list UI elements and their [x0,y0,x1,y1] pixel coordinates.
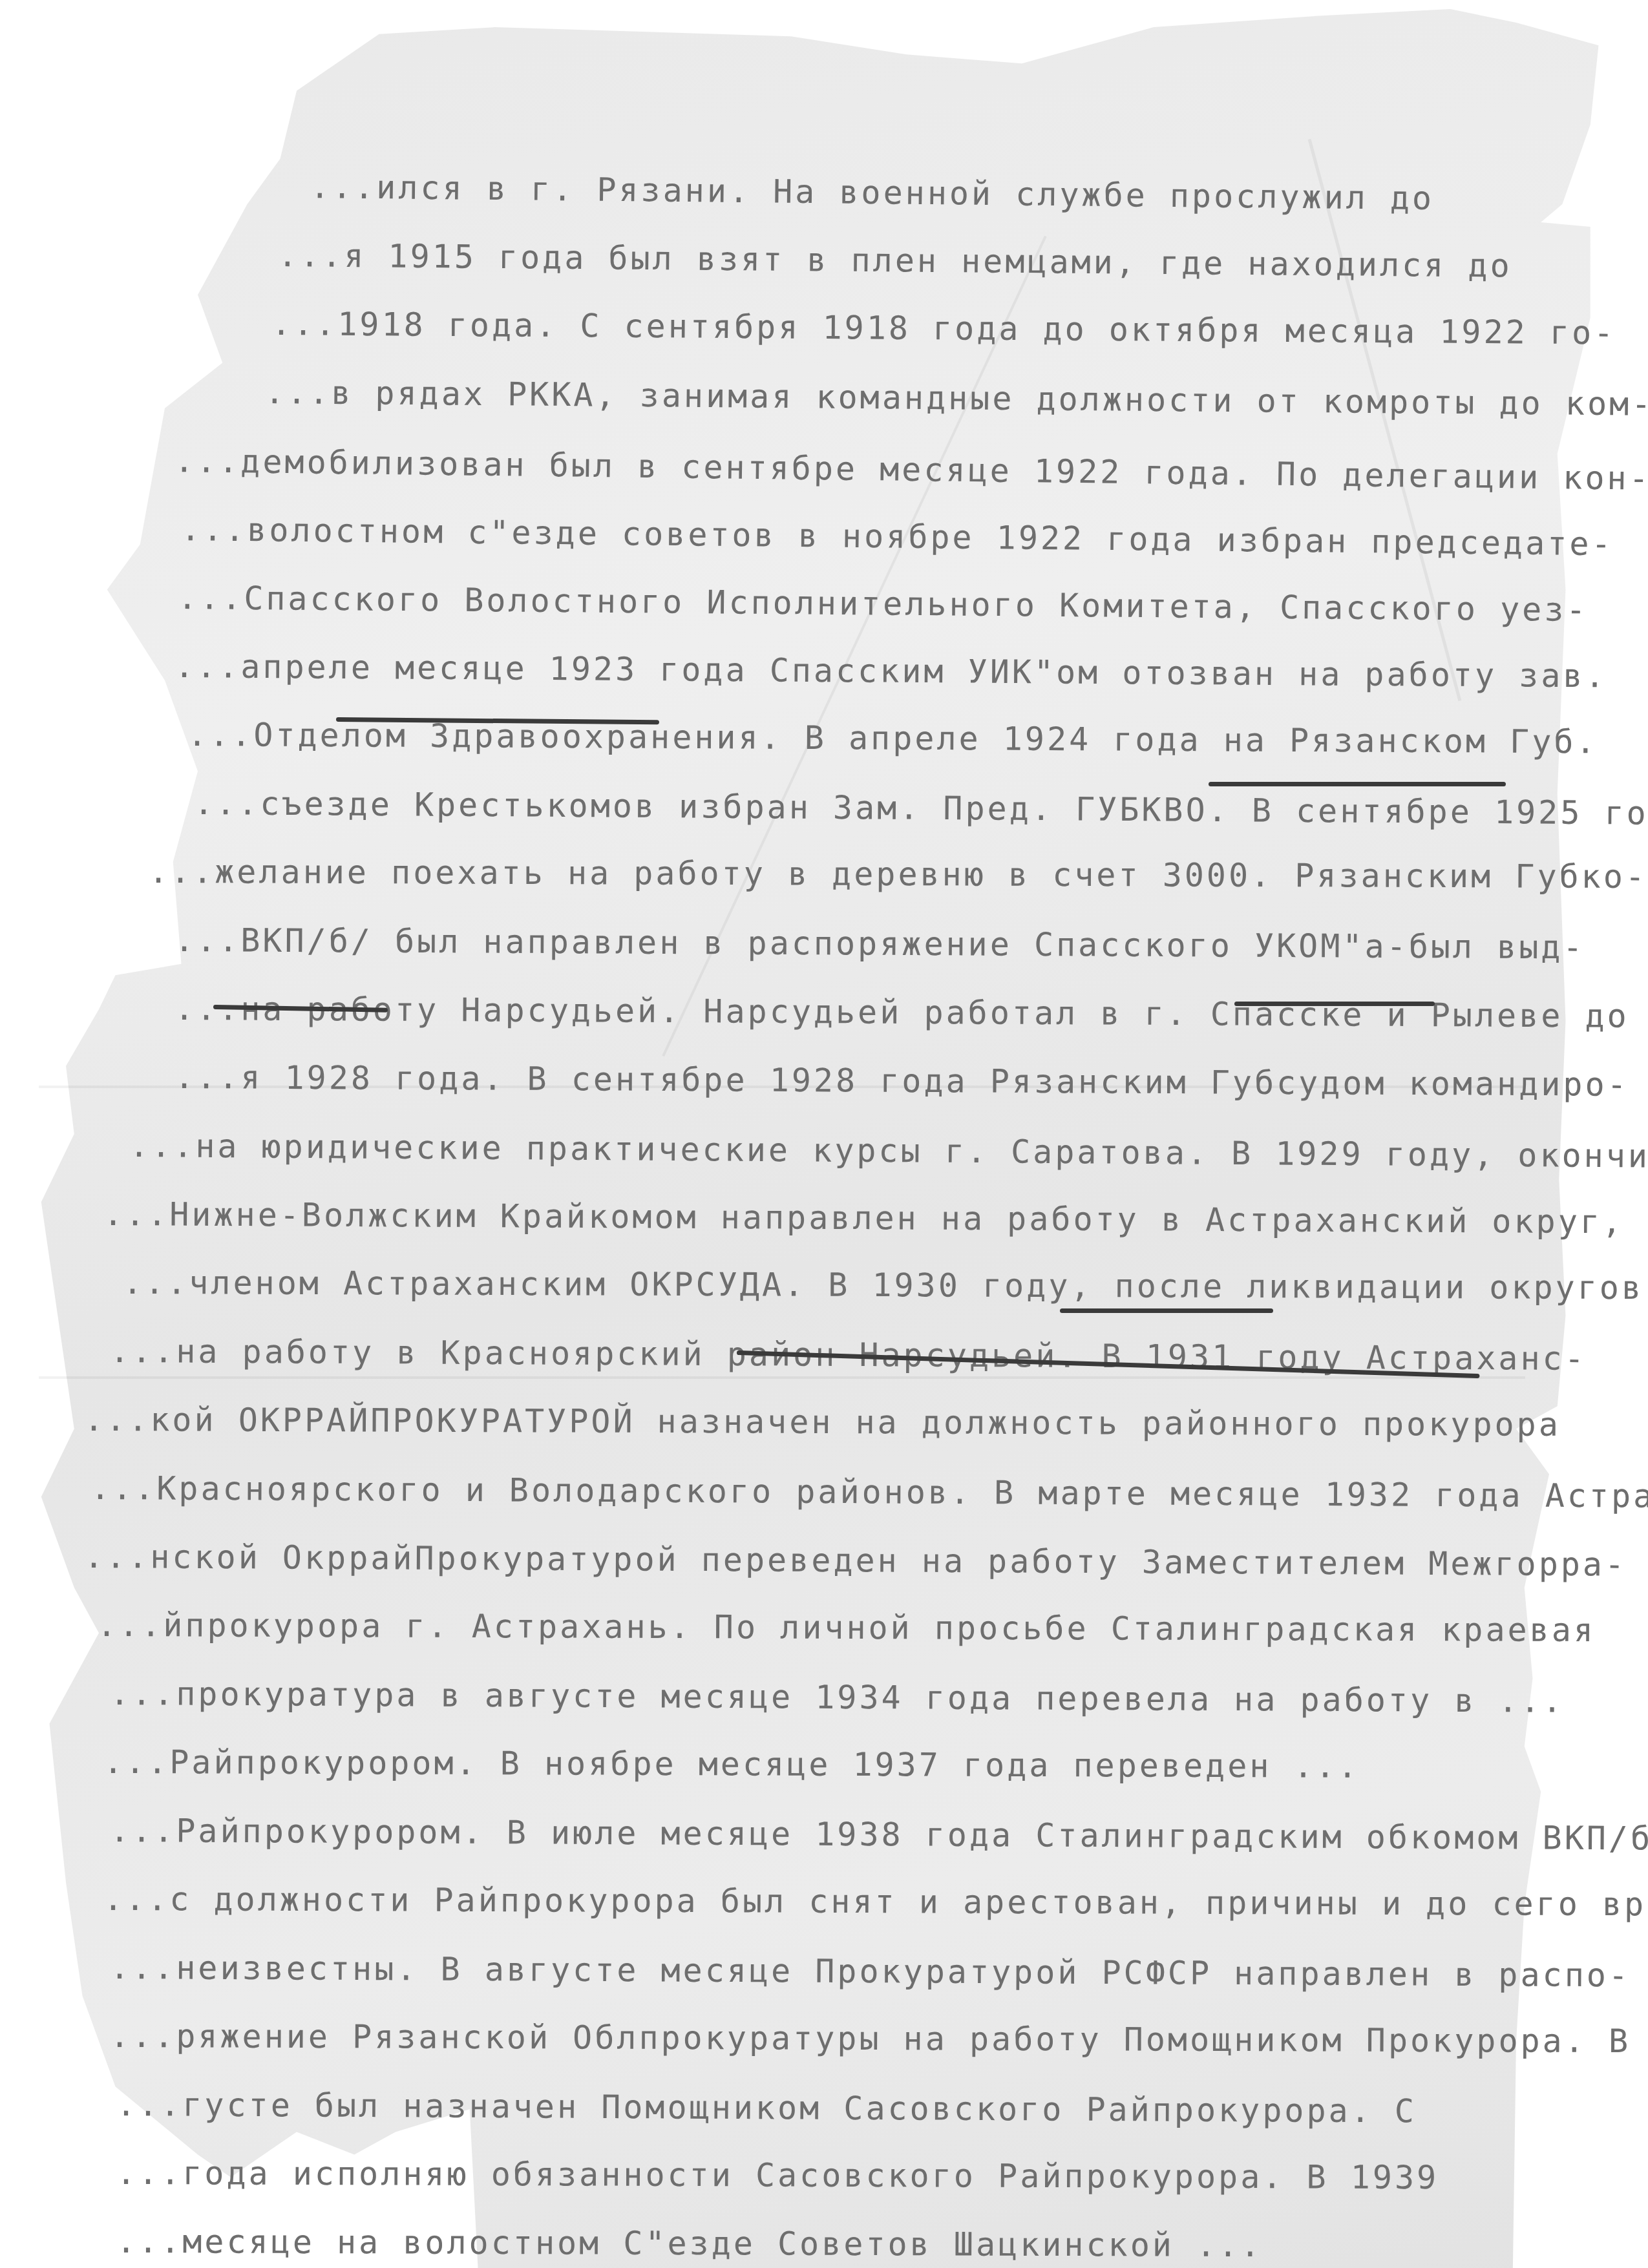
typed-line: ...с должности Райпрокурора был снят и а… [103,1880,1648,1924]
typed-line: ...Райпрокурором. В ноябре месяце 1937 г… [103,1743,1360,1785]
typed-line: ...прокуратура в августе месяце 1934 год… [110,1675,1565,1720]
typed-line: ...ВКП/б/ был направлен в распоряжение С… [174,921,1585,966]
typed-line: ...года исполняю обязанности Сасовского … [116,2154,1439,2196]
typed-line: ...густе был назначен Помощником Сасовск… [116,2086,1417,2130]
typed-line: ...йпрокурора г. Астрахань. По личной пр… [97,1606,1596,1649]
paper-crease [39,1376,1525,1379]
typed-line: ...я 1928 года. В сентябре 1928 года Ряз… [174,1058,1629,1104]
typed-line: ...кой ОКРРАЙПРОКУРАТУРОЙ назначен на до… [84,1401,1561,1444]
typed-line: ...ряжение Рязанской Облпрокуратуры на р… [110,2017,1648,2061]
typed-line: ...месяце на волостном С"езде Советов Ша… [116,2223,1263,2264]
typed-line: ...желание поехать на работу в деревню в… [149,853,1647,896]
typed-line: ...неизвестны. В августе месяце Прокурат… [110,1949,1631,1994]
pencil-underline [1060,1308,1273,1313]
pencil-underline [1234,1002,1435,1006]
typed-line: ...членом Астраханским ОКРСУДА. В 1930 г… [123,1264,1648,1307]
pencil-underline [1209,782,1506,786]
typed-line: ...Отделом Здравоохранения. В апреле 192… [187,716,1598,761]
typed-line: ...на работу Нарсудьей. Нарсудьей работа… [174,990,1629,1035]
